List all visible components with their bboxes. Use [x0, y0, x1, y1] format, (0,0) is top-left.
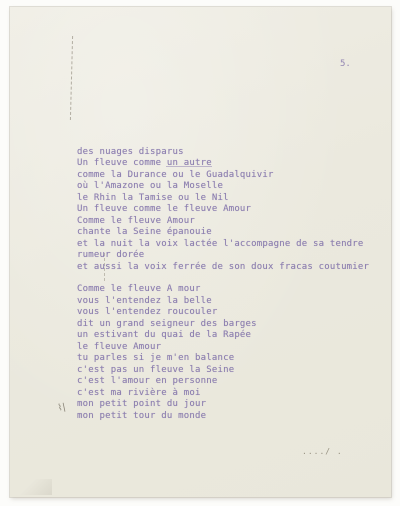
poem-line: c'est pas un fleuve la Seine: [77, 365, 257, 377]
poem-stanza-1: des nuages disparusUn fleuve comme un au…: [77, 112, 369, 273]
poem-line: Comme le fleuve A mour: [77, 284, 257, 296]
paper-crease-mark: [70, 36, 73, 120]
poem-line: le Rhin la Tamise ou le Nil: [77, 193, 369, 205]
poem-line: mon petit tour du monde: [77, 411, 257, 423]
poem-line: et aussi la voix ferrée de son doux frac…: [77, 262, 369, 274]
poem-line: chante la Seine épanouie: [77, 227, 369, 239]
scanned-document: 5. des nuages disparusUn fleuve comme un…: [0, 0, 400, 506]
poem-line: dit un grand seigneur des barges: [77, 319, 257, 331]
poem-line: des nuages disparus: [77, 147, 369, 159]
paper-sheet: 5. des nuages disparusUn fleuve comme un…: [10, 7, 391, 497]
poem-stanza-2: Comme le fleuve A mourvous l'entendez la…: [77, 284, 257, 422]
scan-edge-smudge: [12, 479, 52, 495]
poem-line: c'est ma rivière à moi: [77, 388, 257, 400]
poem-line: rumeur dorée: [77, 250, 369, 262]
poem-line: Un fleuve comme un autre: [77, 158, 369, 170]
poem-line: Un fleuve comme le fleuve Amour: [77, 204, 369, 216]
page-number: 5.: [340, 59, 351, 69]
poem-line: vous l'entendez roucouler: [77, 307, 257, 319]
poem-line: où l'Amazone ou la Moselle: [77, 181, 369, 193]
poem-line: le fleuve Amour: [77, 342, 257, 354]
continuation-mark: ..../ .: [302, 447, 343, 456]
poem-line: un estivant du quai de la Rapée: [77, 330, 257, 342]
poem-line: tu parles si je m'en balance: [77, 353, 257, 365]
poem-line: et la nuit la voix lactée l'accompagne d…: [77, 239, 369, 251]
poem-line: mon petit point du jour: [77, 399, 257, 411]
typed-underline: [166, 166, 212, 167]
poem-line: c'est l'amour en personne: [77, 376, 257, 388]
poem-line: comme la Durance ou le Guadalquivir: [77, 170, 369, 182]
poem-line: Comme le fleuve Amour: [77, 216, 369, 228]
pencil-margin-mark: ⌇|: [57, 402, 67, 413]
poem-line: vous l'entendez la belle: [77, 296, 257, 308]
